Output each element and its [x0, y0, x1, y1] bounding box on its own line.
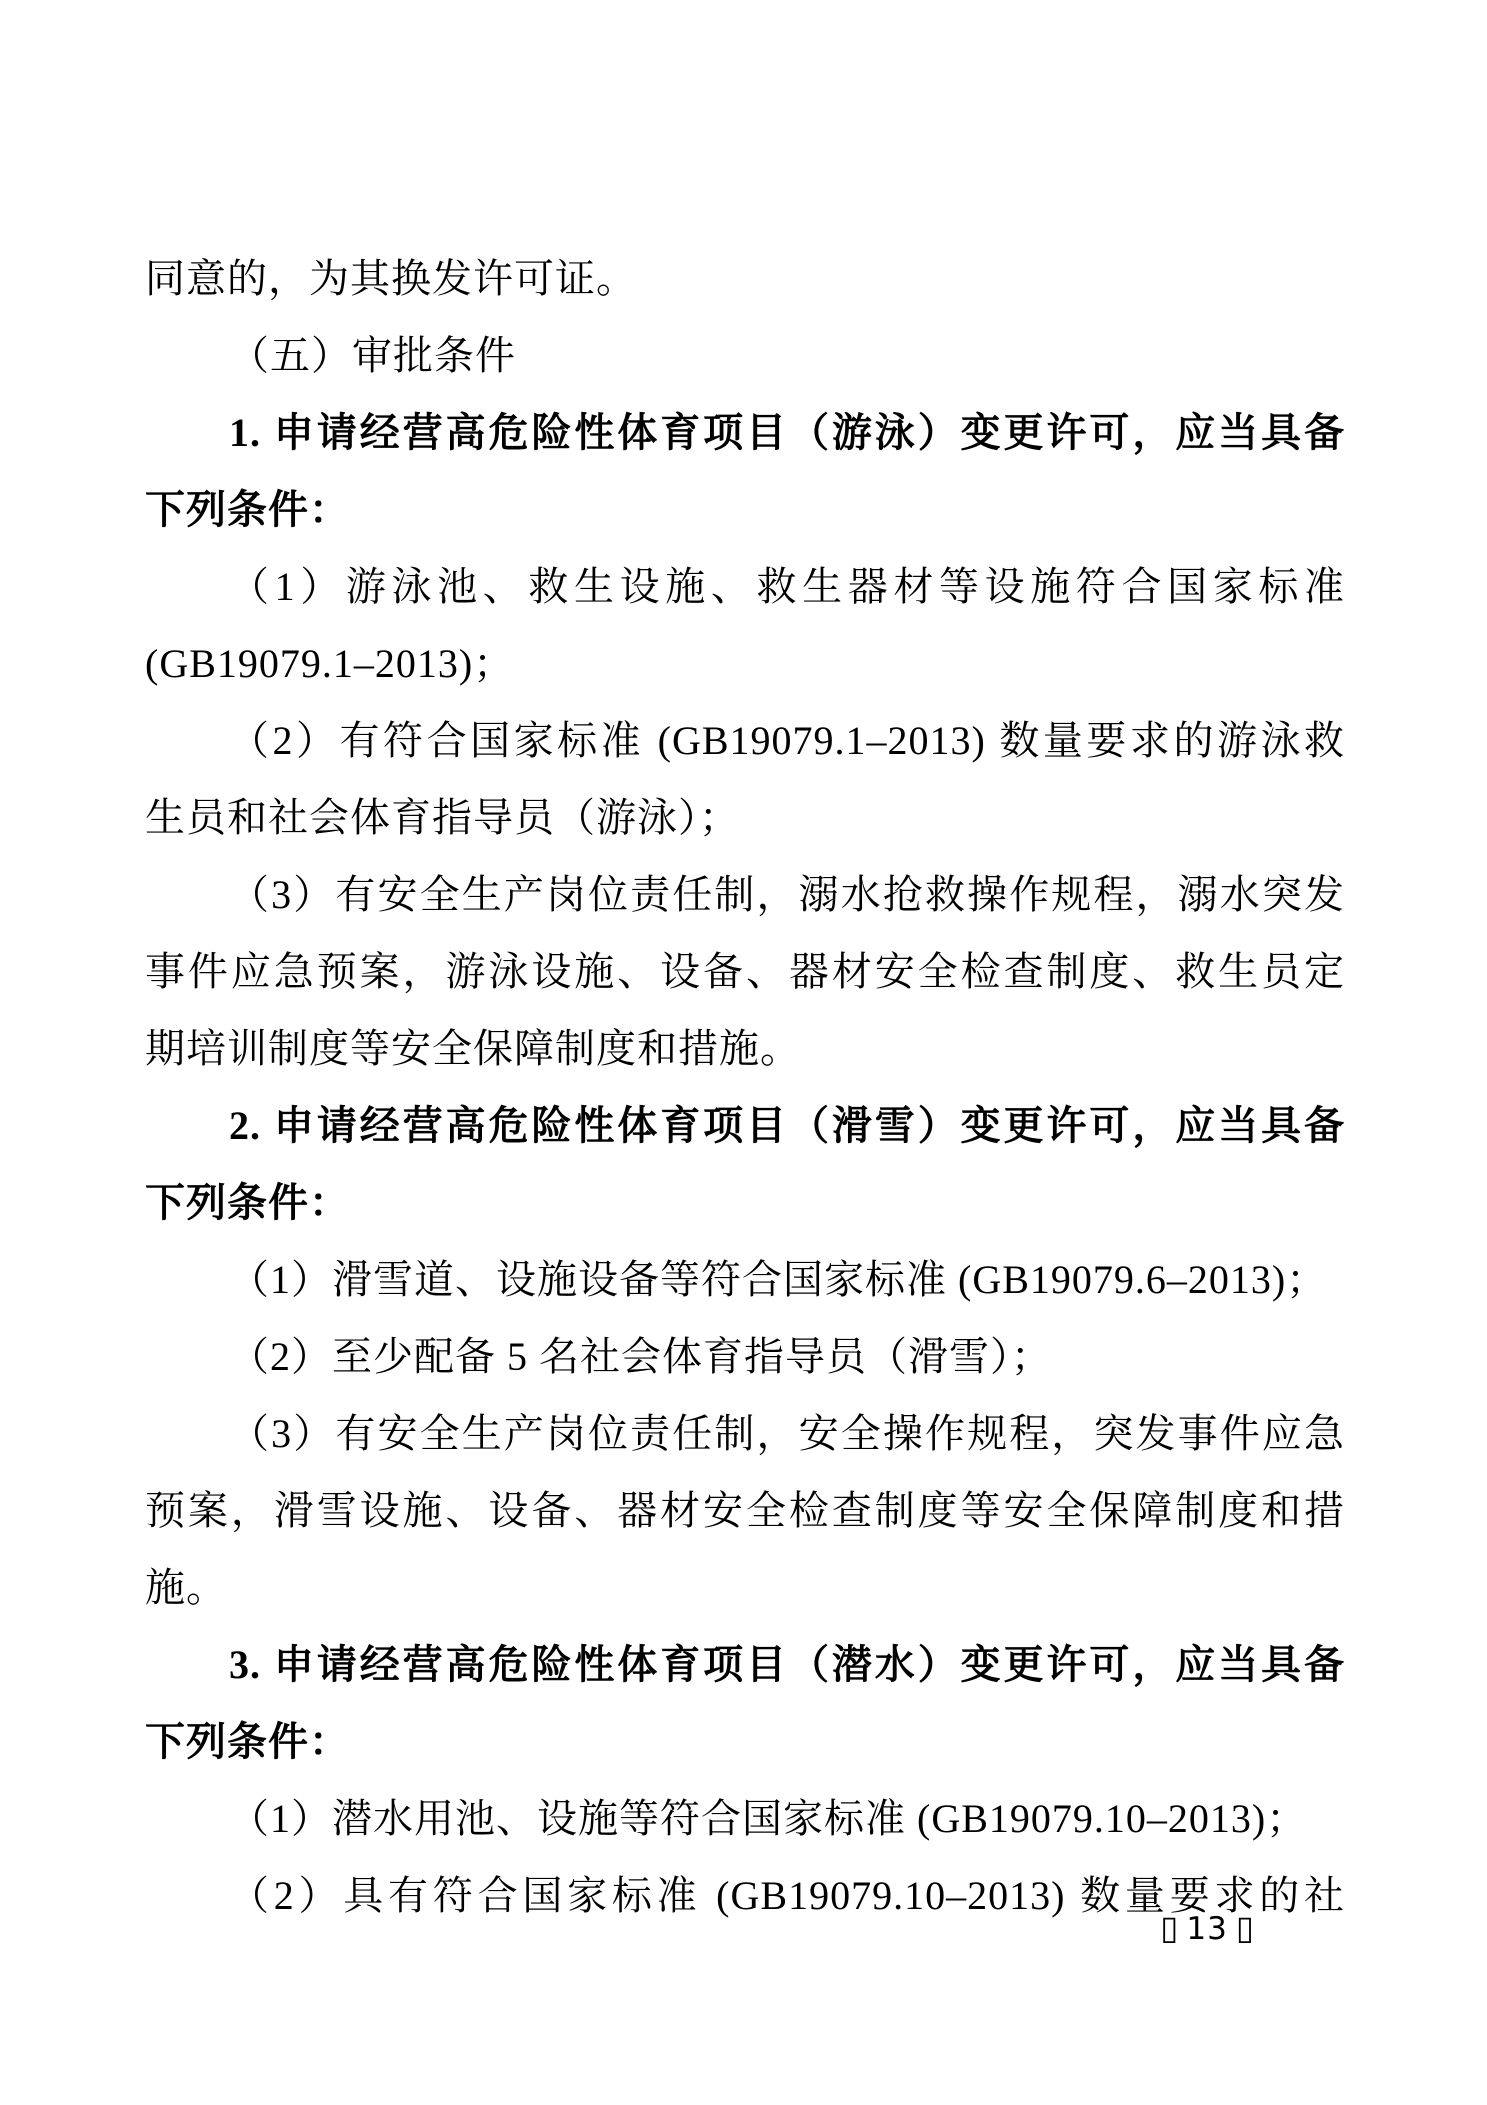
text-line: （1）潜水用池、设施等符合国家标准 (GB19079.10–2013)；	[145, 1780, 1345, 1857]
text-line: 生员和社会体育指导员（游泳）；	[145, 779, 1345, 856]
section-heading: （五）审批条件	[145, 317, 1345, 394]
text-line: （2）至少配备 5 名社会体育指导员（滑雪）；	[145, 1318, 1345, 1395]
paragraph: （1）滑雪道、设施设备等符合国家标准 (GB19079.6–2013)；	[145, 1241, 1345, 1318]
paragraph: 同意的，为其换发许可证。	[145, 240, 1345, 317]
missing-glyph-box-icon: ▯	[1160, 1908, 1178, 1948]
numbered-heading: 3. 申请经营高危险性体育项目（潜水）变更许可，应当具备 下列条件：	[145, 1626, 1345, 1780]
text-line: （3）有安全生产岗位责任制，溺水抢救操作规程，溺水突发	[145, 856, 1345, 933]
page-footer: ▯13▯	[0, 1908, 1487, 1949]
paragraph: （2）至少配备 5 名社会体育指导员（滑雪）；	[145, 1318, 1345, 1395]
text-line: （五）审批条件	[145, 317, 1345, 394]
text-line: 同意的，为其换发许可证。	[145, 240, 1345, 317]
text-line: 施。	[145, 1549, 1345, 1626]
text-line: 预案，滑雪设施、设备、器材安全检查制度等安全保障制度和措	[145, 1472, 1345, 1549]
text-line: 下列条件：	[145, 1703, 1345, 1780]
numbered-heading: 1. 申请经营高危险性体育项目（游泳）变更许可，应当具备 下列条件：	[145, 394, 1345, 548]
paragraph: （1）游泳池、救生设施、救生器材等设施符合国家标准 (GB19079.1–201…	[145, 548, 1345, 702]
text-line: 1. 申请经营高危险性体育项目（游泳）变更许可，应当具备	[145, 394, 1345, 471]
paragraph: （1）潜水用池、设施等符合国家标准 (GB19079.10–2013)；	[145, 1780, 1345, 1857]
paragraph: （2）有符合国家标准 (GB19079.1–2013) 数量要求的游泳救 生员和…	[145, 702, 1345, 856]
text-line: (GB19079.1–2013)；	[145, 625, 1345, 702]
text-line: 3. 申请经营高危险性体育项目（潜水）变更许可，应当具备	[145, 1626, 1345, 1703]
text-line: （3）有安全生产岗位责任制，安全操作规程，突发事件应急	[145, 1395, 1345, 1472]
numbered-heading: 2. 申请经营高危险性体育项目（滑雪）变更许可，应当具备 下列条件：	[145, 1087, 1345, 1241]
paragraph: （3）有安全生产岗位责任制，安全操作规程，突发事件应急 预案，滑雪设施、设备、器…	[145, 1395, 1345, 1626]
text-line: （2）有符合国家标准 (GB19079.1–2013) 数量要求的游泳救	[145, 702, 1345, 779]
document-body: 同意的，为其换发许可证。 （五）审批条件 1. 申请经营高危险性体育项目（游泳）…	[145, 240, 1345, 1934]
text-line: （1）滑雪道、设施设备等符合国家标准 (GB19079.6–2013)；	[145, 1241, 1345, 1318]
document-page: 同意的，为其换发许可证。 （五）审批条件 1. 申请经营高危险性体育项目（游泳）…	[0, 0, 1487, 2105]
text-line: 期培训制度等安全保障制度和措施。	[145, 1010, 1345, 1087]
text-line: 下列条件：	[145, 471, 1345, 548]
page-number: 13	[1186, 1909, 1227, 1949]
text-line: 下列条件：	[145, 1164, 1345, 1241]
paragraph: （3）有安全生产岗位责任制，溺水抢救操作规程，溺水突发 事件应急预案，游泳设施、…	[145, 856, 1345, 1087]
text-line: 事件应急预案，游泳设施、设备、器材安全检查制度、救生员定	[145, 933, 1345, 1010]
text-line: （1）游泳池、救生设施、救生器材等设施符合国家标准	[145, 548, 1345, 625]
missing-glyph-box-icon: ▯	[1236, 1908, 1254, 1948]
text-line: 2. 申请经营高危险性体育项目（滑雪）变更许可，应当具备	[145, 1087, 1345, 1164]
